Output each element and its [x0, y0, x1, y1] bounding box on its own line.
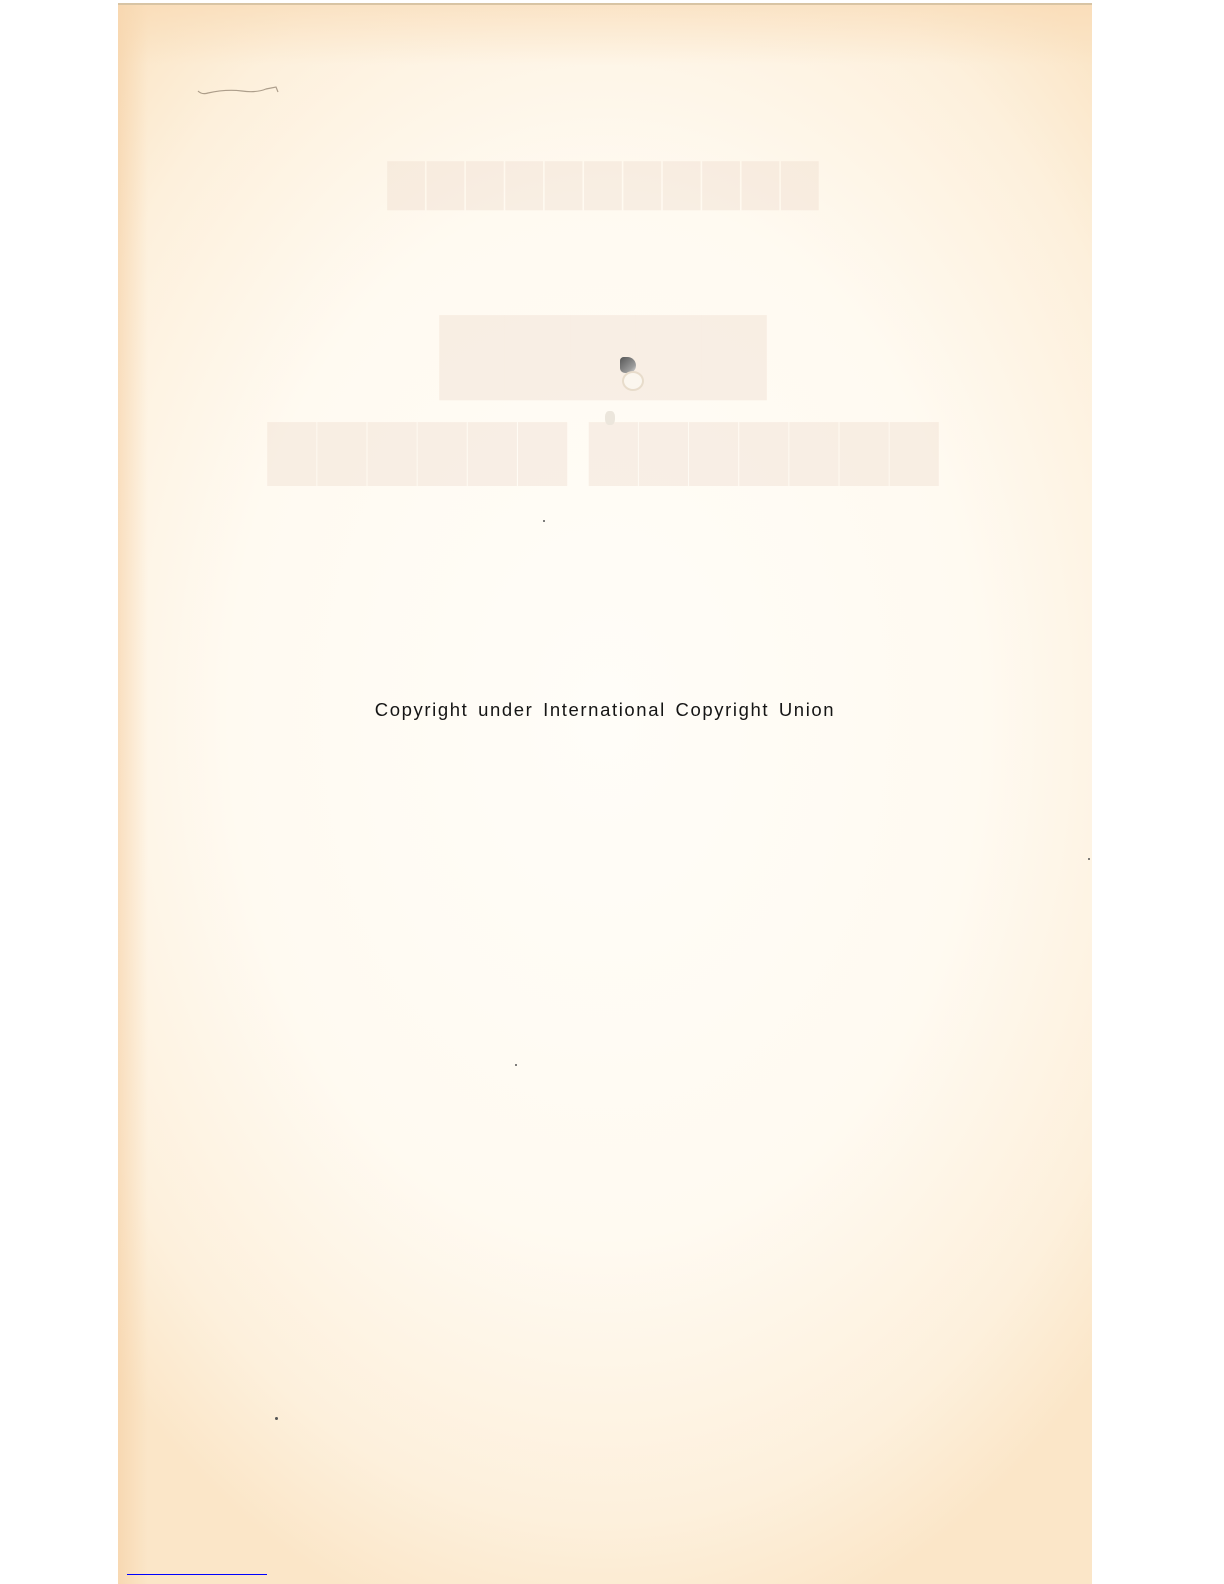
dust-speck [543, 520, 545, 522]
hole-rim [622, 371, 644, 391]
dust-speck [275, 1417, 278, 1420]
bleed-through-text: ▇▇▇▇▇ [118, 305, 1092, 398]
copyright-notice: Copyright under International Copyright … [118, 699, 1092, 721]
bleed-through-text: ▇▇▇▇▇▇▇▇▇▇▇ [118, 155, 1092, 209]
scanned-page: ▇▇▇▇▇▇▇▇▇▇▇ ▇▇▇▇▇ ▇▇▇▇▇▇ ▇▇▇▇▇▇▇ Copyrig… [118, 3, 1092, 1584]
paper-speck [605, 411, 615, 425]
paper-hole [618, 357, 642, 393]
pencil-mark [196, 85, 282, 97]
dust-speck [515, 1064, 517, 1066]
dust-speck [1088, 858, 1090, 860]
bleed-through-text: ▇▇▇▇▇▇ ▇▇▇▇▇▇▇ [118, 415, 1092, 485]
link-annotation-underline[interactable] [127, 1574, 267, 1575]
